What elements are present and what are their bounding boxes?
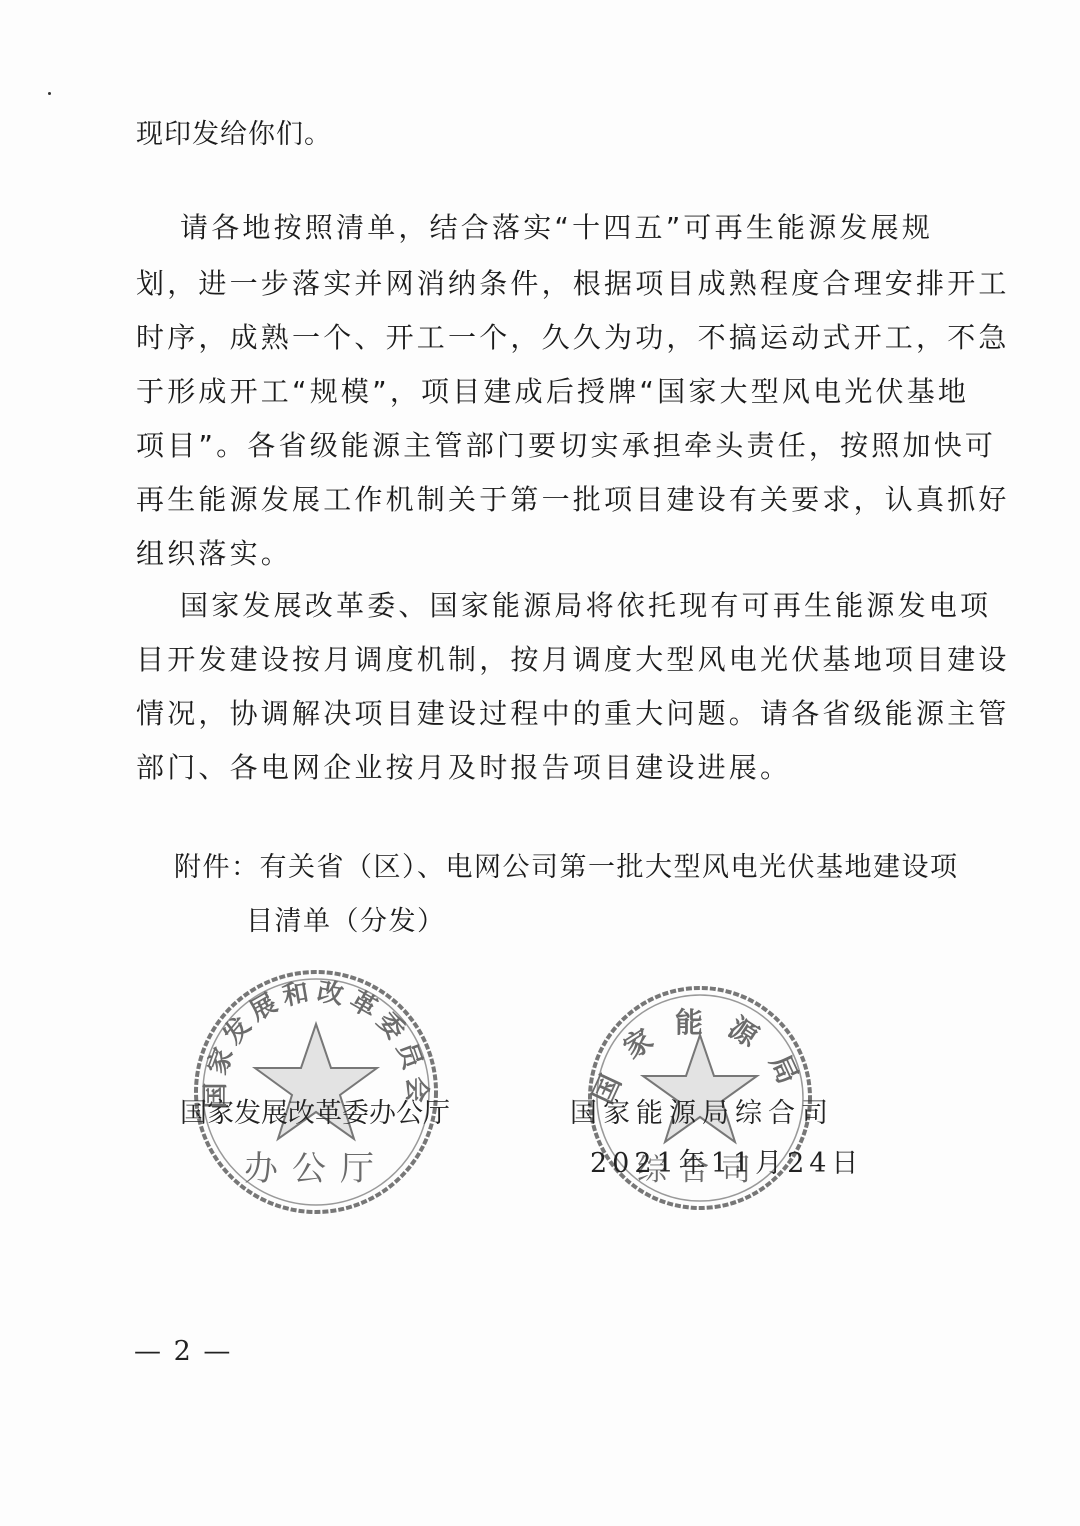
paragraph-1-line-7: 组织落实。	[136, 534, 896, 574]
paragraph-1-line-6: 再生能源发展工作机制关于第一批项目建设有关要求，认真抓好	[136, 480, 896, 520]
right-signatory: 国家能源局综合司	[570, 1096, 834, 1132]
left-signatory: 国家发展改革委办公厅	[180, 1096, 450, 1132]
paragraph-2-line-1: 国家发展改革委、国家能源局将依托现有可再生能源发电项	[180, 586, 940, 626]
svg-text:办公厅: 办公厅	[244, 1149, 388, 1189]
attachment-line-2: 目清单（分发）	[246, 902, 446, 942]
issue-date: 2021年11月24日	[590, 1146, 863, 1182]
document-page: 现印发给你们。 请各地按照清单，结合落实“十四五”可再生能源发展规 划，进一步落…	[0, 0, 1080, 1526]
paragraph-1-line-2: 划，进一步落实并网消纳条件，根据项目成熟程度合理安排开工	[136, 264, 896, 304]
paragraph-1-line-5: 项目”。各省级能源主管部门要切实承担牵头责任，按照加快可	[136, 426, 896, 466]
attachment-line-1: 附件：有关省（区）、电网公司第一批大型风电光伏基地建设项	[174, 848, 959, 888]
paragraph-2-line-2: 目开发建设按月调度机制，按月调度大型风电光伏基地项目建设	[136, 640, 896, 680]
ndrc-office-seal: 国家发展和改革委员会 办公厅	[186, 962, 446, 1222]
paragraph-2-line-3: 情况，协调解决项目建设过程中的重大问题。请各省级能源主管	[136, 694, 896, 734]
paragraph-1-line-4: 于形成开工“规模”，项目建成后授牌“国家大型风电光伏基地	[136, 372, 896, 412]
page-number: — 2 —	[134, 1336, 232, 1367]
paragraph-1-line-3: 时序，成熟一个、开工一个，久久为功，不搞运动式开工，不急	[136, 318, 896, 358]
paragraph-1-line-1: 请各地按照清单，结合落实“十四五”可再生能源发展规	[180, 208, 940, 248]
opening-line: 现印发给你们。	[136, 115, 896, 155]
paragraph-2-line-4: 部门、各电网企业按月及时报告项目建设进展。	[136, 748, 896, 788]
scan-speck	[48, 92, 51, 95]
